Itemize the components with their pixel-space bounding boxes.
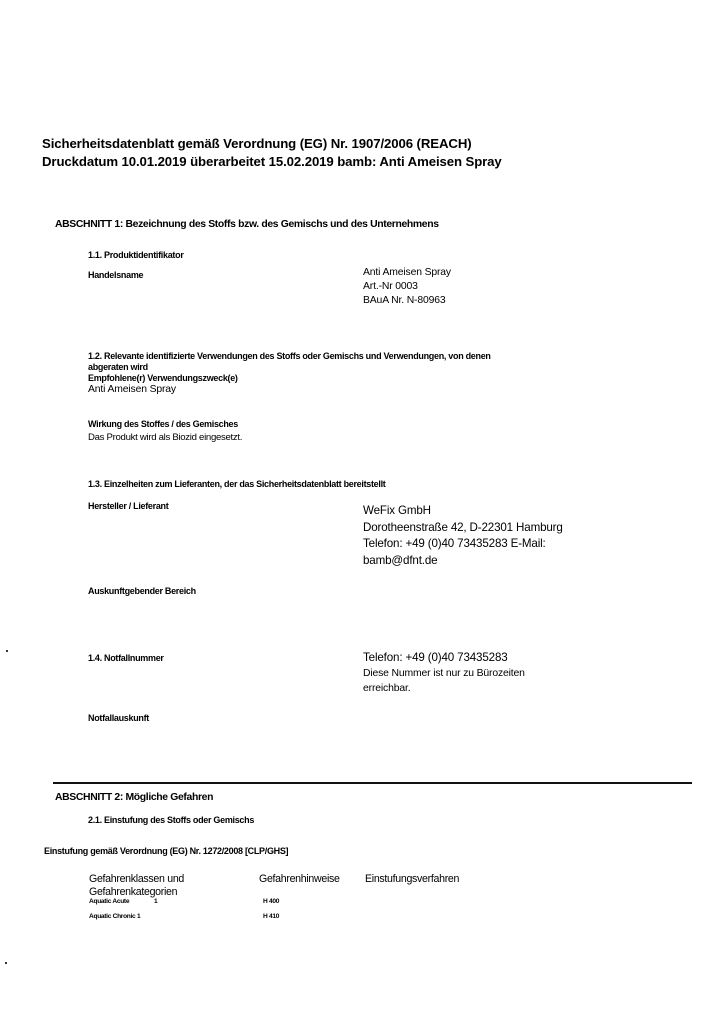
emergency-info-label: Notfallauskunft bbox=[88, 713, 149, 724]
trade-name-value-block: Anti Ameisen Spray Art.-Nr 0003 BAuA Nr.… bbox=[363, 266, 451, 308]
section-2-heading: ABSCHNITT 2: Mögliche Gefahren bbox=[55, 792, 213, 803]
emergency-hours-note: Diese Nummer ist nur zu Bürozeiten bbox=[363, 666, 525, 681]
subsection-1-2-heading: 1.2. Relevante identifizierte Verwendung… bbox=[88, 351, 491, 362]
supplier-address-block: WeFix GmbH Dorotheenstraße 42, D-22301 H… bbox=[363, 503, 563, 569]
column-header-procedure: Einstufungsverfahren bbox=[365, 873, 459, 886]
column-header-hazard-class: Gefahrenklassen und Gefahrenkategorien bbox=[89, 873, 184, 899]
info-department-label: Auskunftgebender Bereich bbox=[88, 586, 196, 597]
supplier-email: bamb@dfnt.de bbox=[363, 553, 563, 570]
print-date-line: Druckdatum 10.01.2019 überarbeitet 15.02… bbox=[42, 153, 502, 170]
supplier-name: WeFix GmbH bbox=[363, 503, 563, 520]
effect-label: Wirkung des Stoffes / des Gemisches bbox=[88, 419, 238, 430]
supplier-street: Dorotheenstraße 42, D-22301 Hamburg bbox=[363, 520, 563, 537]
subsection-1-1-heading: 1.1. Produktidentifikator bbox=[88, 250, 184, 261]
subsection-2-1-heading: 2.1. Einstufung des Stoffs oder Gemischs bbox=[88, 815, 254, 826]
column-header-hazard-statements: Gefahrenhinweise bbox=[259, 873, 340, 886]
table-row-hazard: H 400 bbox=[263, 898, 279, 905]
supplier-label: Hersteller / Lieferant bbox=[88, 501, 168, 512]
trade-name-value: Anti Ameisen Spray bbox=[363, 266, 451, 280]
supplier-phone: Telefon: +49 (0)40 73435283 E-Mail: bbox=[363, 536, 563, 553]
emergency-hours-note-cont: erreichbar. bbox=[363, 681, 525, 696]
article-number: Art.-Nr 0003 bbox=[363, 280, 451, 294]
subsection-1-4-heading: 1.4. Notfallnummer bbox=[88, 653, 164, 664]
trade-name-label: Handelsname bbox=[88, 270, 143, 281]
document-title: Sicherheitsdatenblatt gemäß Verordnung (… bbox=[42, 135, 472, 152]
table-row-category: 1 bbox=[154, 898, 157, 905]
baua-number: BAuA Nr. N-80963 bbox=[363, 294, 451, 308]
emergency-number-block: Telefon: +49 (0)40 73435283 Diese Nummer… bbox=[363, 650, 525, 696]
section-divider bbox=[53, 782, 692, 784]
classification-heading: Einstufung gemäß Verordnung (EG) Nr. 127… bbox=[44, 846, 288, 857]
section-1-heading: ABSCHNITT 1: Bezeichnung des Stoffs bzw.… bbox=[55, 219, 439, 230]
effect-value: Das Produkt wird als Biozid eingesetzt. bbox=[88, 432, 242, 444]
scan-speck bbox=[5, 962, 7, 964]
subsection-1-3-heading: 1.3. Einzelheiten zum Lieferanten, der d… bbox=[88, 479, 386, 490]
table-row-class: Aquatic Acute bbox=[89, 898, 129, 905]
recommended-use-value: Anti Ameisen Spray bbox=[88, 383, 176, 397]
emergency-phone: Telefon: +49 (0)40 73435283 bbox=[363, 650, 525, 666]
table-row-class: Aquatic Chronic 1 bbox=[89, 913, 140, 920]
scan-speck bbox=[6, 650, 8, 652]
table-row-hazard: H 410 bbox=[263, 913, 279, 920]
subsection-1-2-heading-cont: abgeraten wird bbox=[88, 362, 148, 373]
